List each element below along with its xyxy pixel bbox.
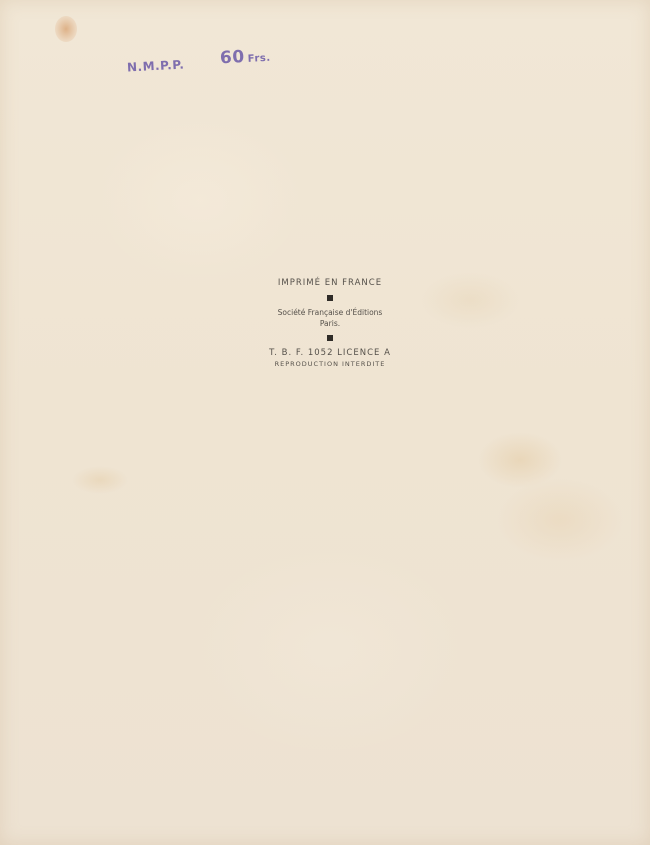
distributor-stamp: N.M.P.P. (127, 58, 185, 75)
price-unit: Frs. (248, 53, 271, 65)
distributor-stamp-text: N.M.P.P. (127, 58, 185, 75)
price-stamp: 60Frs. (220, 46, 272, 69)
price-value: 60 (220, 47, 246, 68)
publisher-name: Société Française d'Éditions (250, 307, 410, 318)
publisher-city: Paris. (250, 318, 410, 329)
imprint-block: IMPRIMÉ EN FRANCE Société Française d'Éd… (250, 277, 410, 370)
reproduction-notice: REPRODUCTION INTERDITE (250, 359, 410, 370)
printed-in-france: IMPRIMÉ EN FRANCE (250, 277, 410, 289)
paper-page: N.M.P.P. 60Frs. IMPRIMÉ EN FRANCE Sociét… (0, 0, 650, 845)
separator-square-icon (327, 335, 333, 341)
paper-stain (55, 16, 77, 42)
separator-square-icon (327, 295, 333, 301)
licence-number: T. B. F. 1052 LICENCE A (250, 347, 410, 359)
